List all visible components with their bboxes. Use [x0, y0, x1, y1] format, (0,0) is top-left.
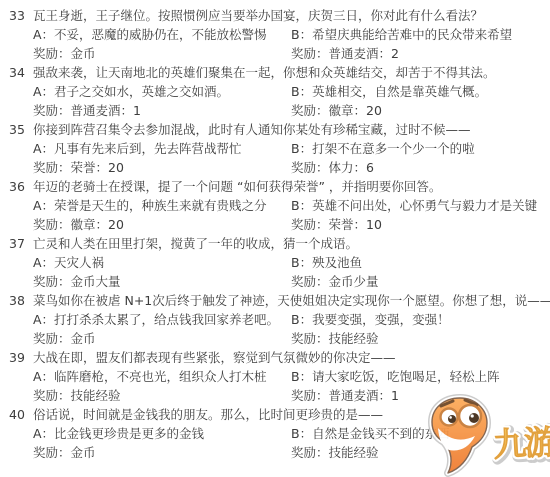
- option-a: A：凡事有先来后到，先去阵营战帮忙: [33, 141, 242, 156]
- reward-a: 奖励：技能经验: [33, 388, 121, 403]
- option-b: B：打架不在意多一个少一个的啦: [291, 139, 475, 158]
- reward-b: 奖励：技能经验: [291, 443, 379, 462]
- question-row-34: 34 强敌来袭，让天南地北的英雄们聚集在一起，你想和众英雄结交，却苦于不得其法。…: [0, 63, 550, 120]
- reward-b: 奖励：普通麦酒：2: [291, 44, 399, 63]
- option-a: A：君子之交如水，英雄之交如酒。: [33, 84, 229, 99]
- option-a: A：荣誉是天生的，种族生来就有贵贱之分: [33, 198, 267, 213]
- reward-b: 奖励：徽章：20: [291, 101, 382, 120]
- question-number: 35: [0, 120, 33, 177]
- option-a: A：不妥，恶魔的威胁仍在，不能放松警惕: [33, 27, 267, 42]
- reward-b: 奖励：荣誉：10: [291, 215, 382, 234]
- option-b: B：殃及池鱼: [291, 253, 362, 272]
- question-number: 33: [0, 6, 33, 63]
- question-row-33: 33 瓦王身逝，王子继位。按照惯例应当要举办国宴，庆贺三日，你对此有什么看法？ …: [0, 6, 550, 63]
- question-row-35: 35 你接到阵营召集令去参加混战，此时有人通知你某处有珍稀宝藏，过时不候—— A…: [0, 120, 550, 177]
- reward-a: 奖励：金币: [33, 46, 96, 61]
- question-number: 37: [0, 234, 33, 291]
- option-b: B：请大家吃饭，吃饱喝足，轻松上阵: [291, 367, 500, 386]
- option-a: A：比金钱更珍贵是更多的金钱: [33, 426, 204, 441]
- reward-b: 奖励：普通麦酒：1: [291, 386, 399, 405]
- question-text: 大战在即，盟友们都表现有些紧张，察觉到气氛微妙的你决定——: [33, 348, 550, 367]
- option-a: A：打打杀杀太累了，给点钱我回家养老吧。: [33, 312, 279, 327]
- question-number: 34: [0, 63, 33, 120]
- question-text: 强敌来袭，让天南地北的英雄们聚集在一起，你想和众英雄结交，却苦于不得其法。: [33, 63, 550, 82]
- question-row-40: 40 俗话说，时间就是金钱我的朋友。那么，比时间更珍贵的是—— A：比金钱更珍贵…: [0, 405, 550, 462]
- question-text: 菜鸟如你在被虐 N+1次后终于触发了神迹，天使姐姐决定实现你一个愿望。你想了想，…: [33, 291, 550, 310]
- reward-a: 奖励：普通麦酒：1: [33, 103, 141, 118]
- reward-a: 奖励：金币大量: [33, 274, 121, 289]
- reward-a: 奖励：荣誉：20: [33, 160, 124, 175]
- question-row-39: 39 大战在即，盟友们都表现有些紧张，察觉到气氛微妙的你决定—— A：临阵磨枪，…: [0, 348, 550, 405]
- reward-b: 奖励：金币少量: [291, 272, 379, 291]
- question-text: 亡灵和人类在田里打架，搅黄了一年的收成，猜一个成语。: [33, 234, 550, 253]
- reward-b: 奖励：技能经验: [291, 329, 379, 348]
- guide-page: { "page": { "background": "#ffffff", "te…: [0, 0, 550, 477]
- reward-b: 奖励：体力：6: [291, 158, 374, 177]
- question-number: 40: [0, 405, 33, 462]
- option-b: B：希望庆典能给苦难中的民众带来希望: [291, 25, 512, 44]
- question-number: 39: [0, 348, 33, 405]
- question-text: 你接到阵营召集令去参加混战，此时有人通知你某处有珍稀宝藏，过时不候——: [33, 120, 550, 139]
- question-text: 俗话说，时间就是金钱我的朋友。那么，比时间更珍贵的是——: [33, 405, 550, 424]
- question-list: 33 瓦王身逝，王子继位。按照惯例应当要举办国宴，庆贺三日，你对此有什么看法？ …: [0, 0, 550, 462]
- option-b: B：英雄不问出处，心怀勇气与毅力才是关键: [291, 196, 537, 215]
- option-a: A：天灾人祸: [33, 255, 104, 270]
- question-number: 38: [0, 291, 33, 348]
- reward-a: 奖励：徽章：20: [33, 217, 124, 232]
- question-text: 年迈的老骑士在授课，提了一个问题 “如何获得荣誉” ，并指明要你回答。: [33, 177, 550, 196]
- option-b: B：英雄相交，自然是靠英雄气概。: [291, 82, 487, 101]
- option-a: A：临阵磨枪，不亮也光，组织众人打木桩: [33, 369, 267, 384]
- question-text: 瓦王身逝，王子继位。按照惯例应当要举办国宴，庆贺三日，你对此有什么看法？: [33, 6, 550, 25]
- question-row-36: 36 年迈的老骑士在授课，提了一个问题 “如何获得荣誉” ，并指明要你回答。 A…: [0, 177, 550, 234]
- option-b: B：自然是金钱买不到的东西: [291, 424, 450, 443]
- question-row-38: 38 菜鸟如你在被虐 N+1次后终于触发了神迹，天使姐姐决定实现你一个愿望。你想…: [0, 291, 550, 348]
- reward-a: 奖励：金币: [33, 445, 96, 460]
- question-row-37: 37 亡灵和人类在田里打架，搅黄了一年的收成，猜一个成语。 A：天灾人祸B：殃及…: [0, 234, 550, 291]
- reward-a: 奖励：金币: [33, 331, 96, 346]
- option-b: B：我要变强，变强，变强！: [291, 310, 450, 329]
- question-number: 36: [0, 177, 33, 234]
